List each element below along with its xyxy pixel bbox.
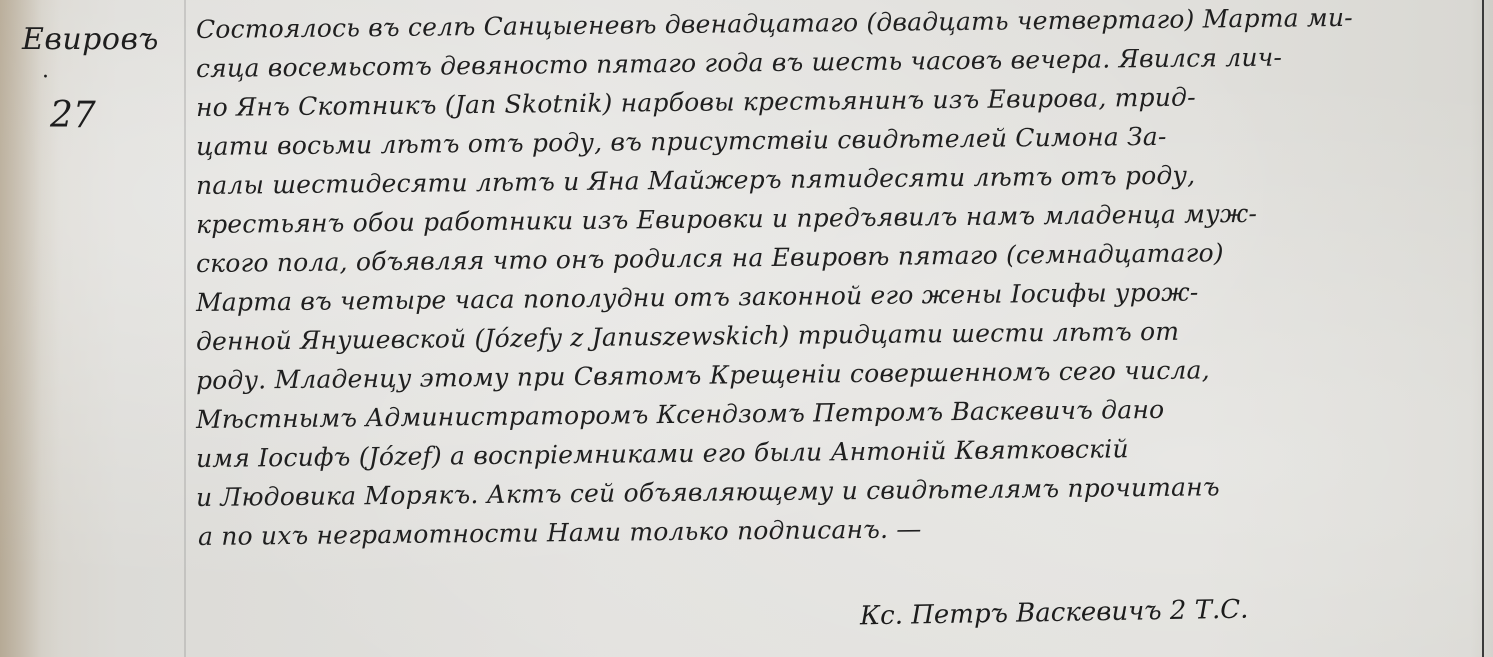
record-body: Состоялось въ селѣ Санцыеневѣ двенадцата… bbox=[196, 10, 1476, 556]
margin-place-name: Евировъ bbox=[22, 22, 159, 57]
entry-number: 27 bbox=[50, 95, 172, 136]
left-margin-annotation: Евировъ · 27 bbox=[22, 22, 172, 136]
margin-dot: · bbox=[42, 67, 172, 89]
margin-rule bbox=[184, 0, 186, 657]
priest-signature: Кс. Петръ Васкевичъ 2 Т.С. bbox=[860, 595, 1249, 632]
scanned-document-page: Евировъ · 27 Состоялось въ селѣ Санцыене… bbox=[0, 0, 1493, 657]
right-border-rule bbox=[1482, 0, 1484, 657]
